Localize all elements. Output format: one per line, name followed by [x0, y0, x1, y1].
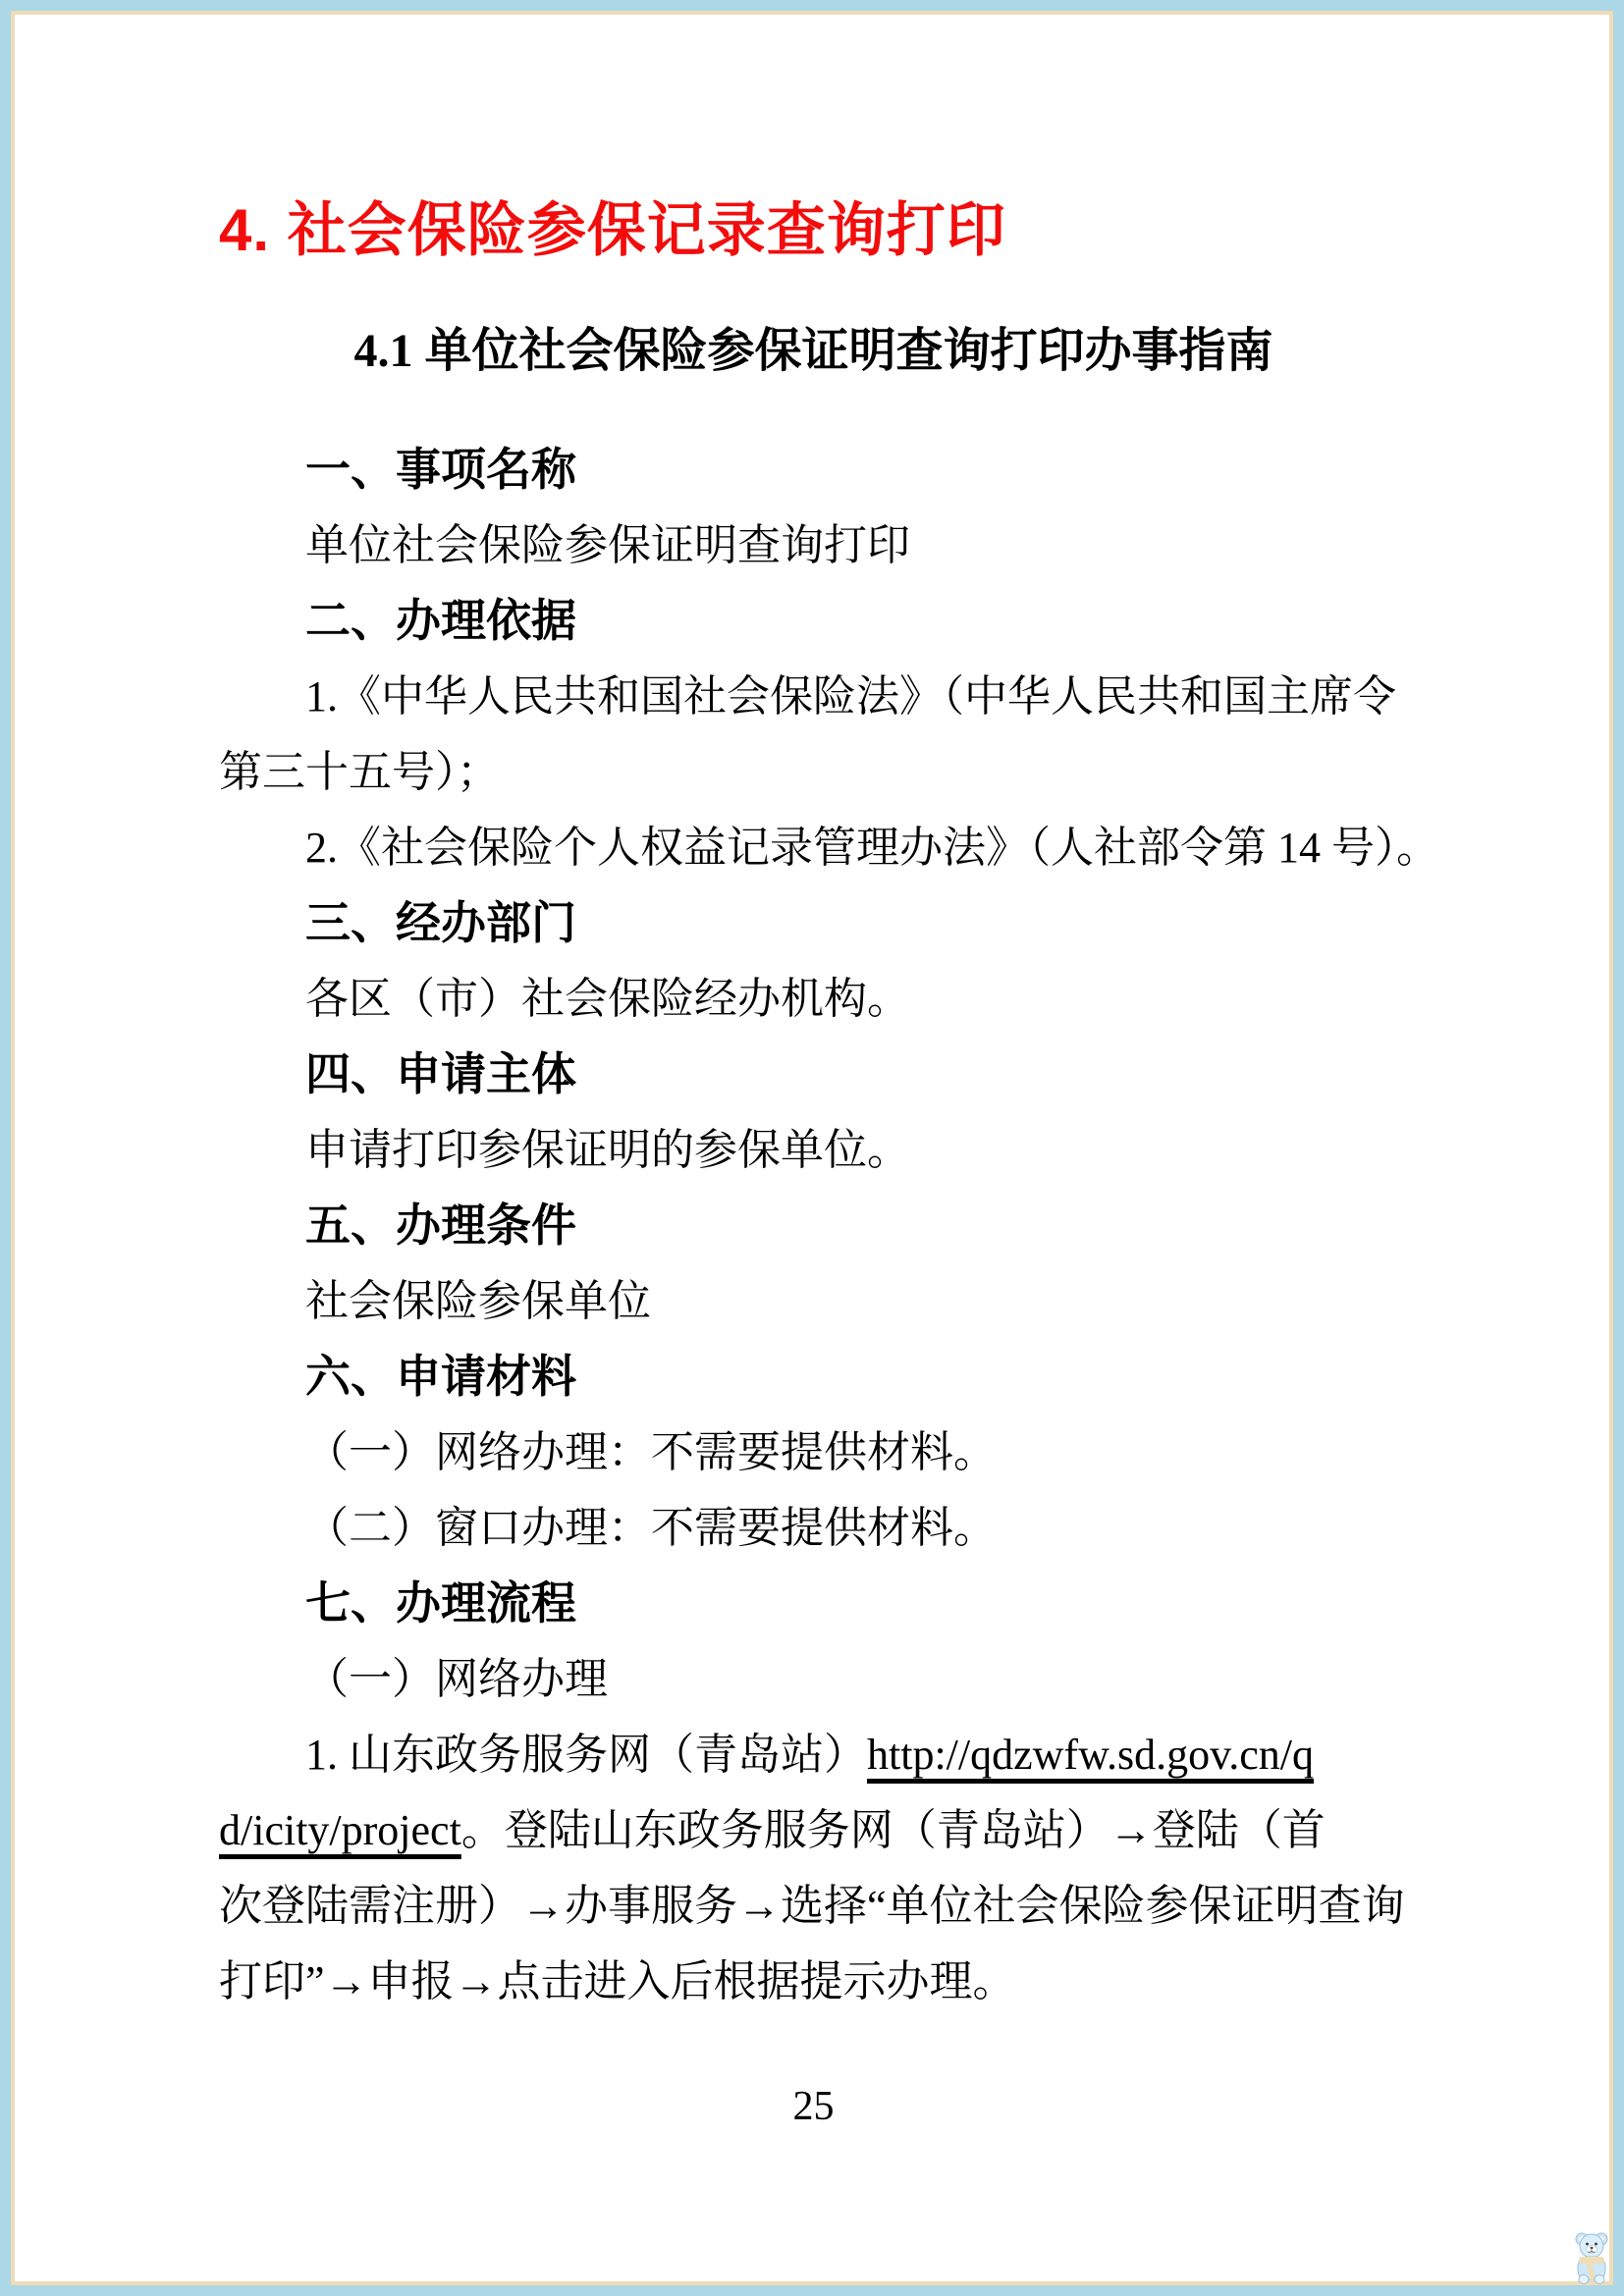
- text-segment: 三、经办部门: [305, 897, 576, 948]
- text-segment: 次登陆需注册）→办事服务→选择“单位社会保险参保证明查询: [219, 1882, 1405, 1930]
- body-text: 一、事项名称单位社会保险参保证明查询打印二、办理依据1.《中华人民共和国社会保险…: [219, 432, 1408, 2019]
- text-line: 打印”→申报→点击进入后根据提示办理。: [219, 1944, 1408, 2019]
- text-segment: 二、办理依据: [305, 595, 576, 646]
- text-segment: 六、申请材料: [305, 1351, 576, 1402]
- text-segment: 单位社会保险参保证明查询打印: [305, 521, 910, 569]
- text-line: 第三十五号）；: [219, 734, 1408, 810]
- text-segment: 四、申请主体: [305, 1048, 576, 1099]
- text-line: d/icity/project。登陆山东政务服务网（青岛站）→登陆（首: [219, 1792, 1408, 1868]
- text-segment: 五、办理条件: [305, 1200, 576, 1251]
- text-line: 四、申请主体: [219, 1037, 1408, 1112]
- text-segment: （一）网络办理：不需要提供材料。: [305, 1428, 997, 1476]
- text-segment: 申请打印参保证明的参保单位。: [305, 1126, 910, 1174]
- text-line: 社会保险参保单位: [219, 1263, 1408, 1339]
- text-segment: （一）网络办理: [305, 1655, 608, 1703]
- page-canvas: 4. 社会保险参保记录查询打印 4.1 单位社会保险参保证明查询打印办事指南 一…: [0, 0, 1624, 2296]
- text-line: 1.《中华人民共和国社会保险法》（中华人民共和国主席令: [219, 659, 1408, 734]
- page-number: 25: [219, 2082, 1408, 2131]
- text-segment: 1.《中华人民共和国社会保险法》（中华人民共和国主席令: [305, 672, 1396, 721]
- text-line: 五、办理条件: [219, 1188, 1408, 1263]
- document-sheet: 4. 社会保险参保记录查询打印 4.1 单位社会保险参保证明查询打印办事指南 一…: [11, 11, 1613, 2285]
- text-line: 次登陆需注册）→办事服务→选择“单位社会保险参保证明查询: [219, 1868, 1408, 1944]
- text-segment: 2.《社会保险个人权益记录管理办法》（人社部令第 14 号）。: [305, 824, 1439, 872]
- text-segment: 打印”→申报→点击进入后根据提示办理。: [219, 1957, 1016, 2005]
- text-segment: 七、办理流程: [305, 1577, 576, 1629]
- text-segment: 一、事项名称: [305, 444, 576, 495]
- text-segment: 各区（市）社会保险经办机构。: [305, 975, 910, 1023]
- chapter-title: 4. 社会保险参保记录查询打印: [219, 199, 1408, 262]
- section-title: 4.1 单位社会保险参保证明查询打印办事指南: [219, 316, 1408, 387]
- text-line: 三、经办部门: [219, 885, 1408, 961]
- text-line: （二）窗口办理：不需要提供材料。: [219, 1490, 1408, 1566]
- text-line: 各区（市）社会保险经办机构。: [219, 961, 1408, 1037]
- text-segment: 社会保险参保单位: [305, 1277, 651, 1325]
- text-line: （一）网络办理：不需要提供材料。: [219, 1415, 1408, 1490]
- text-line: （一）网络办理: [219, 1641, 1408, 1717]
- text-line: 七、办理流程: [219, 1566, 1408, 1641]
- text-line: 申请打印参保证明的参保单位。: [219, 1112, 1408, 1188]
- text-segment: 。登陆山东政务服务网（青岛站）→登陆（首: [461, 1806, 1326, 1854]
- url-link[interactable]: http://qdzwfw.sd.gov.cn/q: [867, 1731, 1314, 1779]
- text-line: 2.《社会保险个人权益记录管理办法》（人社部令第 14 号）。: [219, 810, 1408, 885]
- text-line: 六、申请材料: [219, 1339, 1408, 1415]
- text-line: 一、事项名称: [219, 432, 1408, 507]
- document-content: 4. 社会保险参保记录查询打印 4.1 单位社会保险参保证明查询打印办事指南 一…: [15, 199, 1609, 2131]
- text-segment: 第三十五号）；: [219, 748, 500, 796]
- text-segment: 1. 山东政务服务网（青岛站）: [305, 1731, 867, 1779]
- text-line: 二、办理依据: [219, 583, 1408, 659]
- text-segment: （二）窗口办理：不需要提供材料。: [305, 1504, 997, 1552]
- teddy-bear-icon: [1572, 2230, 1611, 2285]
- url-link[interactable]: d/icity/project: [219, 1806, 461, 1854]
- text-line: 1. 山东政务服务网（青岛站）http://qdzwfw.sd.gov.cn/q: [219, 1717, 1408, 1792]
- text-line: 单位社会保险参保证明查询打印: [219, 507, 1408, 583]
